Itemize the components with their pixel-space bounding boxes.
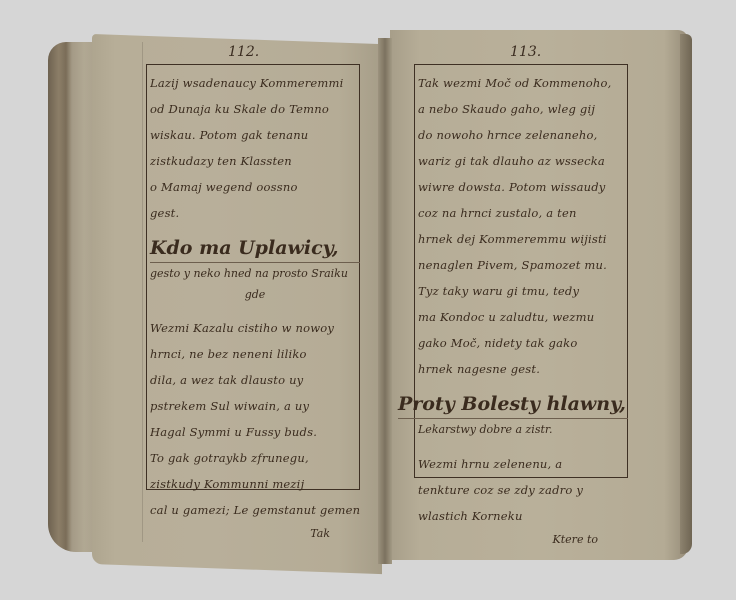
catchword: Tak	[150, 523, 360, 545]
manuscript-line: Lazij wsadenaucy Kommeremmi	[150, 70, 360, 96]
section-subheading-end: gde	[150, 285, 360, 305]
right-page-number: 113.	[510, 44, 541, 60]
section-subheading: Lekarstwy dobre a zistr.	[418, 419, 628, 441]
manuscript-line: zistkudazy ten Klassten	[150, 148, 360, 174]
section-subheading: gesto y neko hned na prosto Sraiku	[150, 263, 360, 285]
manuscript-line: To gak gotraykb zfrunegu,	[150, 445, 360, 471]
right-page-text: Tak wezmi Moč od Kommenoho, a nebo Skaud…	[418, 70, 628, 551]
manuscript-line: wlastich Korneku	[418, 503, 628, 529]
manuscript-line: Wezmi hrnu zelenenu, a	[418, 451, 628, 477]
left-page-number: 112.	[228, 44, 259, 60]
manuscript-line: coz na hrnci zustalo, a ten	[418, 200, 628, 226]
manuscript-line: od Dunaja ku Skale do Temno	[150, 96, 360, 122]
manuscript-line: Wezmi Kazalu cistiho w nowoy	[150, 315, 360, 341]
manuscript-line: Tyz taky waru gi tmu, tedy	[418, 278, 628, 304]
manuscript-line: do nowoho hrnce zelenaneho,	[418, 122, 628, 148]
manuscript-line: Tak wezmi Moč od Kommenoho,	[418, 70, 628, 96]
manuscript-line: wiskau. Potom gak tenanu	[150, 122, 360, 148]
section-heading: Kdo ma Uplawicy,	[150, 234, 360, 263]
book-gutter	[378, 38, 392, 564]
open-manuscript-book: 112. 113. Lazij wsadenaucy Kommeremmi od…	[0, 0, 736, 600]
manuscript-line: ma Kondoc u zaludtu, wezmu	[418, 304, 628, 330]
manuscript-line: gako Moč, nidety tak gako	[418, 330, 628, 356]
manuscript-line: Hagal Symmi u Fussy buds.	[150, 419, 360, 445]
manuscript-line: hrnci, ne bez neneni liliko	[150, 341, 360, 367]
manuscript-line: zistkudy Kommunni mezij	[150, 471, 360, 497]
left-page-fold-crease	[142, 42, 143, 542]
manuscript-line: o Mamaj wegend oossno	[150, 174, 360, 200]
right-page-edge	[680, 34, 692, 554]
manuscript-line: nenaglen Pivem, Spamozet mu.	[418, 252, 628, 278]
catchword: Ktere to	[418, 529, 628, 551]
manuscript-line: cal u gamezi; Le gemstanut gemene	[150, 497, 360, 523]
manuscript-line: pstrekem Sul wiwain, a uy	[150, 393, 360, 419]
manuscript-line: dila, a wez tak dlausto uy	[150, 367, 360, 393]
section-heading: Proty Bolesty hlawny,	[398, 390, 628, 419]
manuscript-line: hrnek nagesne gest.	[418, 356, 628, 382]
manuscript-line: hrnek dej Kommeremmu wijisti	[418, 226, 628, 252]
manuscript-line: tenkture coz se zdy zadro y	[418, 477, 628, 503]
manuscript-line: a nebo Skaudo gaho, wleg gij	[418, 96, 628, 122]
manuscript-line: gest.	[150, 200, 360, 226]
manuscript-line: wariz gi tak dlauho az wssecka	[418, 148, 628, 174]
left-page-text: Lazij wsadenaucy Kommeremmi od Dunaja ku…	[150, 70, 360, 545]
manuscript-line: wiwre dowsta. Potom wissaudy	[418, 174, 628, 200]
